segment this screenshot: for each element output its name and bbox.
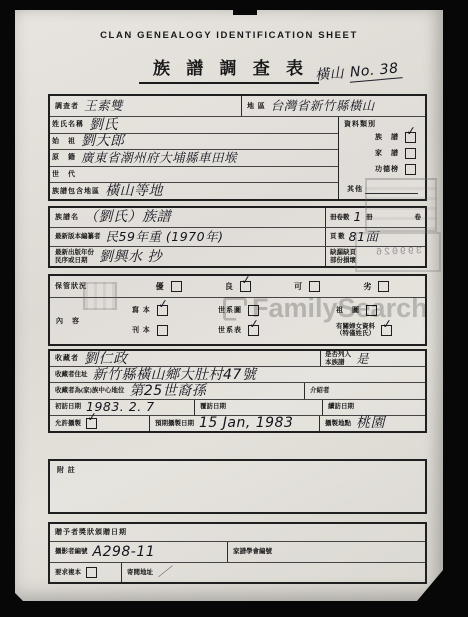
holder-table: 收藏者 劉仁政 是否列入 本族譜 是 收藏者住址 新竹縣橫山鄉大肚村47號 收藏…: [48, 349, 427, 433]
introducer-cell: 介紹者: [305, 387, 425, 395]
mail-address-label: 寄閱地址: [127, 569, 153, 577]
condition-label-cell: 保管狀況: [50, 282, 120, 291]
founder-row: 始 祖 劉大郎: [50, 134, 338, 151]
holder-address-label: 收藏者住址: [55, 371, 88, 379]
area-value: 台灣省新竹縣橫山: [271, 101, 375, 111]
scanned-document-frame: CLAN GENEALOGY IDENTIFICATION SHEET 族 譜 …: [0, 0, 468, 617]
condition-option-poor: 劣: [363, 281, 389, 292]
content-item-printed: 刊 本: [132, 325, 218, 336]
holder-address-value: 新竹縣橫山鄉大肚村47號: [93, 370, 257, 380]
printed-checkbox: [157, 325, 168, 336]
origin-value: 廣東省潮州府大埔縣車田堠: [81, 153, 237, 163]
content-item-lineage-table: 世系表 ✓: [218, 325, 322, 336]
photographer-number-cell: 攝影者編號 A298-11: [50, 542, 228, 562]
pages-label: 頁 數: [330, 233, 345, 241]
other-write-line: [365, 186, 418, 194]
coverage-value: 橫山等地: [105, 186, 163, 196]
surveyor-label: 調查者: [55, 102, 79, 111]
coverage-row: 族譜包含地區 橫山等地: [50, 183, 338, 199]
content-item-women-data: 有關婦女資料 （特僅姓氏） ✓: [322, 323, 419, 338]
compiler-row: 最新版本編纂者 民59年重 (1970年): [50, 232, 325, 242]
volumes-unit-ce: 冊: [366, 214, 373, 222]
area-label: 地 區: [247, 102, 266, 111]
volumes-value: 1: [354, 212, 362, 222]
content-label: 內 容: [56, 317, 80, 326]
second-visit-cell: 覆訪日期: [195, 400, 323, 415]
generations-label: 世 代: [52, 170, 76, 179]
holder-label: 收藏者: [55, 354, 79, 363]
listed-cell: 是否列入 本族譜 是: [320, 351, 425, 366]
identification-table: 調查者 王素雙 地 區 台灣省新竹縣橫山 姓氏名稱 劉氏 始 祖 劉大郎: [48, 94, 427, 201]
pubyear-label-line1: 最新出版年份: [55, 249, 94, 257]
permit-cell: 允許攝製 ✓: [50, 416, 150, 431]
lineage-chart-checkbox: [248, 305, 259, 316]
permit-checkbox: ✓: [86, 418, 97, 429]
listed-label-line1: 是否列入: [325, 351, 351, 359]
condition-option-fair: 可: [294, 281, 320, 292]
pubyear-row: 最新出版年份 民序或日期 劉興水 抄: [50, 249, 325, 264]
award-date-row: 贈予者獎狀頒贈日期: [50, 524, 425, 542]
photographer-number-label: 攝影者編號: [55, 548, 88, 556]
book-name-row: 族譜名 （劉氏）族譜: [50, 212, 325, 222]
award-date-label: 贈予者獎狀頒贈日期: [55, 528, 127, 537]
ancestor-portrait-checkbox: [366, 305, 377, 316]
lineage-table-checkbox: ✓: [248, 325, 259, 336]
gongdebang-checkbox: [405, 164, 416, 175]
first-visit-label: 初訪日期: [55, 403, 81, 411]
film-note-place: 橫山: [314, 65, 344, 83]
zupu-checkbox: ✓: [405, 132, 416, 143]
film-number-note: 橫山 No. 38: [315, 63, 402, 81]
women-data-checkbox: ✓: [381, 325, 392, 336]
condition-label: 保管狀況: [55, 282, 87, 291]
society-number-label: 家譜學會編號: [233, 548, 272, 556]
holder-row: 收藏者 劉仁政: [50, 354, 320, 364]
photographer-number-value: A298-11: [93, 547, 156, 557]
holder-address-row: 收藏者住址 新竹縣橫山鄉大肚村47號: [50, 367, 425, 383]
origin-label: 原 籍: [52, 153, 76, 162]
coverage-label: 族譜包含地區: [52, 187, 100, 196]
other-label: 其他: [347, 185, 363, 194]
film-date-label: 預期攝製日期: [155, 420, 194, 428]
volumes-cell: 冊卷數 1 冊 卷: [325, 208, 425, 227]
pubyear-label-line2: 民序或日期: [55, 257, 94, 265]
fair-checkbox: [309, 281, 320, 292]
volumes-unit-juan: 卷: [415, 214, 422, 222]
third-visit-cell: 續訪日期: [323, 403, 425, 411]
introducer-label: 介紹者: [310, 387, 330, 395]
mail-address-mark: ／: [158, 567, 171, 577]
surname-row: 姓氏名稱 劉氏: [50, 117, 338, 134]
category-item-gongdebang: 功德榜: [342, 162, 422, 178]
condition-option-good: 良 ✓: [225, 281, 251, 292]
third-visit-label: 續訪日期: [328, 403, 354, 411]
pages-cell: 頁 數 81面: [325, 228, 425, 247]
content-item-lineage-chart: 世系圖: [218, 305, 322, 316]
founder-label: 始 祖: [52, 137, 76, 146]
form-title: 族 譜 調 查 表: [139, 54, 319, 84]
form-english-title: CLAN GENEALOGY IDENTIFICATION SHEET: [15, 30, 443, 41]
film-date-cell: 預期攝製日期 15 Jan, 1983: [150, 416, 320, 431]
compiler-value: 民59年重 (1970年): [106, 232, 224, 242]
notes-label-cell: 附 註: [50, 461, 88, 480]
center-value: 第25世裔孫: [129, 386, 206, 396]
society-number-cell: 家譜學會編號: [228, 548, 425, 556]
generations-row: 世 代: [50, 167, 338, 184]
second-visit-label: 覆訪日期: [200, 403, 226, 411]
category-item-zupu: 族 譜 ✓: [342, 129, 422, 145]
compiler-label: 最新版本編纂者: [55, 233, 101, 241]
film-date-value: 15 Jan, 1983: [199, 418, 293, 428]
book-name-value: （劉氏）族譜: [84, 212, 171, 222]
condition-content-table: 保管狀況 優 良 ✓ 可 劣: [48, 274, 427, 346]
film-place-cell: 攝製地點 桃園: [320, 418, 425, 428]
manuscript-checkbox: ✓: [157, 305, 168, 316]
copy-request-cell: 要求複本: [50, 563, 122, 583]
notes-label: 附 註: [57, 466, 76, 475]
surname-label: 姓氏名稱: [52, 120, 84, 129]
processing-table: 贈予者獎狀頒贈日期 攝影者編號 A298-11 家譜學會編號 要求複本 寄: [48, 522, 427, 584]
poor-checkbox: [378, 281, 389, 292]
damage-label-line2: 部份損壞: [330, 257, 356, 265]
film-notch: [233, 10, 257, 15]
content-item-ancestor-portrait: 祖 圖: [322, 305, 419, 316]
first-visit-cell: 初訪日期 1983. 2. 7: [50, 400, 195, 415]
good-checkbox: ✓: [240, 281, 251, 292]
excellent-checkbox: [171, 281, 182, 292]
form-paper: CLAN GENEALOGY IDENTIFICATION SHEET 族 譜 …: [15, 10, 443, 601]
damage-cell: 缺漏缺頁 部份損壞: [325, 247, 425, 266]
listed-value: 是: [356, 354, 369, 364]
listed-label-line2: 本族譜: [325, 359, 351, 367]
copy-request-label: 要求複本: [55, 569, 81, 577]
book-name-label: 族譜名: [55, 213, 79, 222]
category-item-other: 其他: [342, 178, 422, 197]
founder-value: 劉大郎: [81, 136, 125, 146]
center-row: 收藏者為(家)族中心地位 第25世裔孫: [50, 383, 305, 398]
notes-box: 附 註: [48, 459, 427, 514]
surname-value: 劉氏: [89, 120, 118, 130]
permit-label: 允許攝製: [55, 420, 81, 428]
origin-row: 原 籍 廣東省潮州府大埔縣車田堠: [50, 150, 338, 167]
copy-request-checkbox: [86, 567, 97, 578]
data-category-column: 資料類別 族 譜 ✓ 家 譜 功德榜 其他: [338, 117, 425, 199]
surveyor-value: 王素雙: [84, 101, 123, 111]
center-label: 收藏者為(家)族中心地位: [55, 387, 124, 395]
film-place-label: 攝製地點: [325, 420, 351, 428]
condition-option-excellent: 優: [156, 281, 182, 292]
holder-value: 劉仁政: [84, 354, 128, 364]
content-label-cell: 內 容: [50, 298, 126, 344]
film-place-value: 桃園: [356, 418, 385, 428]
category-item-jiapu: 家 譜: [342, 145, 422, 161]
volumes-label: 冊卷數: [330, 214, 350, 222]
pages-value: 81面: [349, 232, 379, 242]
book-info-table: 族譜名 （劉氏）族譜 冊卷數 1 冊 卷 最新版本編纂者 民59年重 (1970…: [48, 206, 427, 268]
content-item-manuscript: 寫 本 ✓: [132, 305, 218, 316]
jiapu-checkbox: [405, 148, 416, 159]
mail-address-cell: 寄閱地址 ／: [122, 567, 425, 577]
damage-label-line1: 缺漏缺頁: [330, 249, 356, 257]
pubyear-value: 劉興水 抄: [99, 252, 162, 262]
